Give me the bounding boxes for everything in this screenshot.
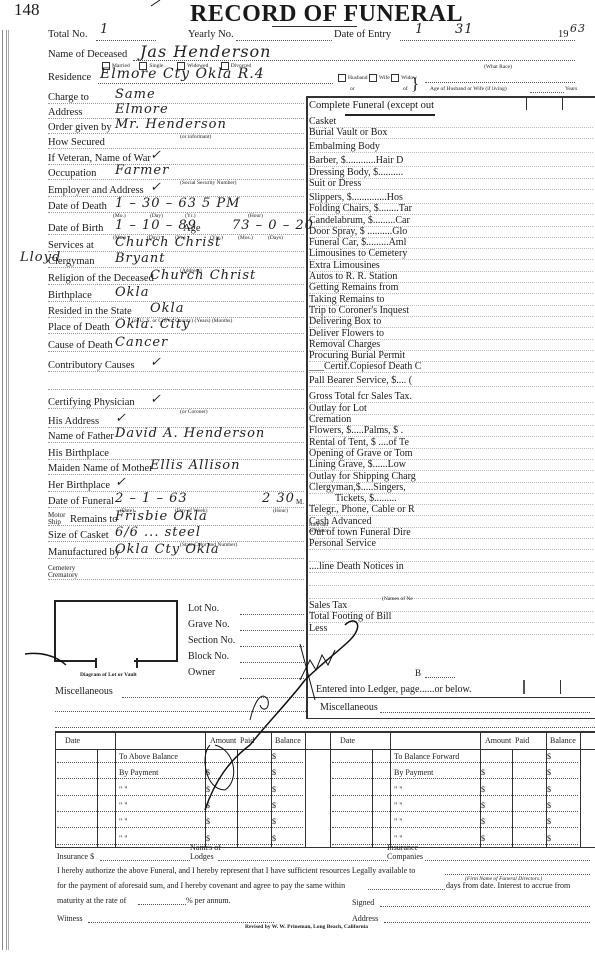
handwritten-signature <box>0 0 595 953</box>
